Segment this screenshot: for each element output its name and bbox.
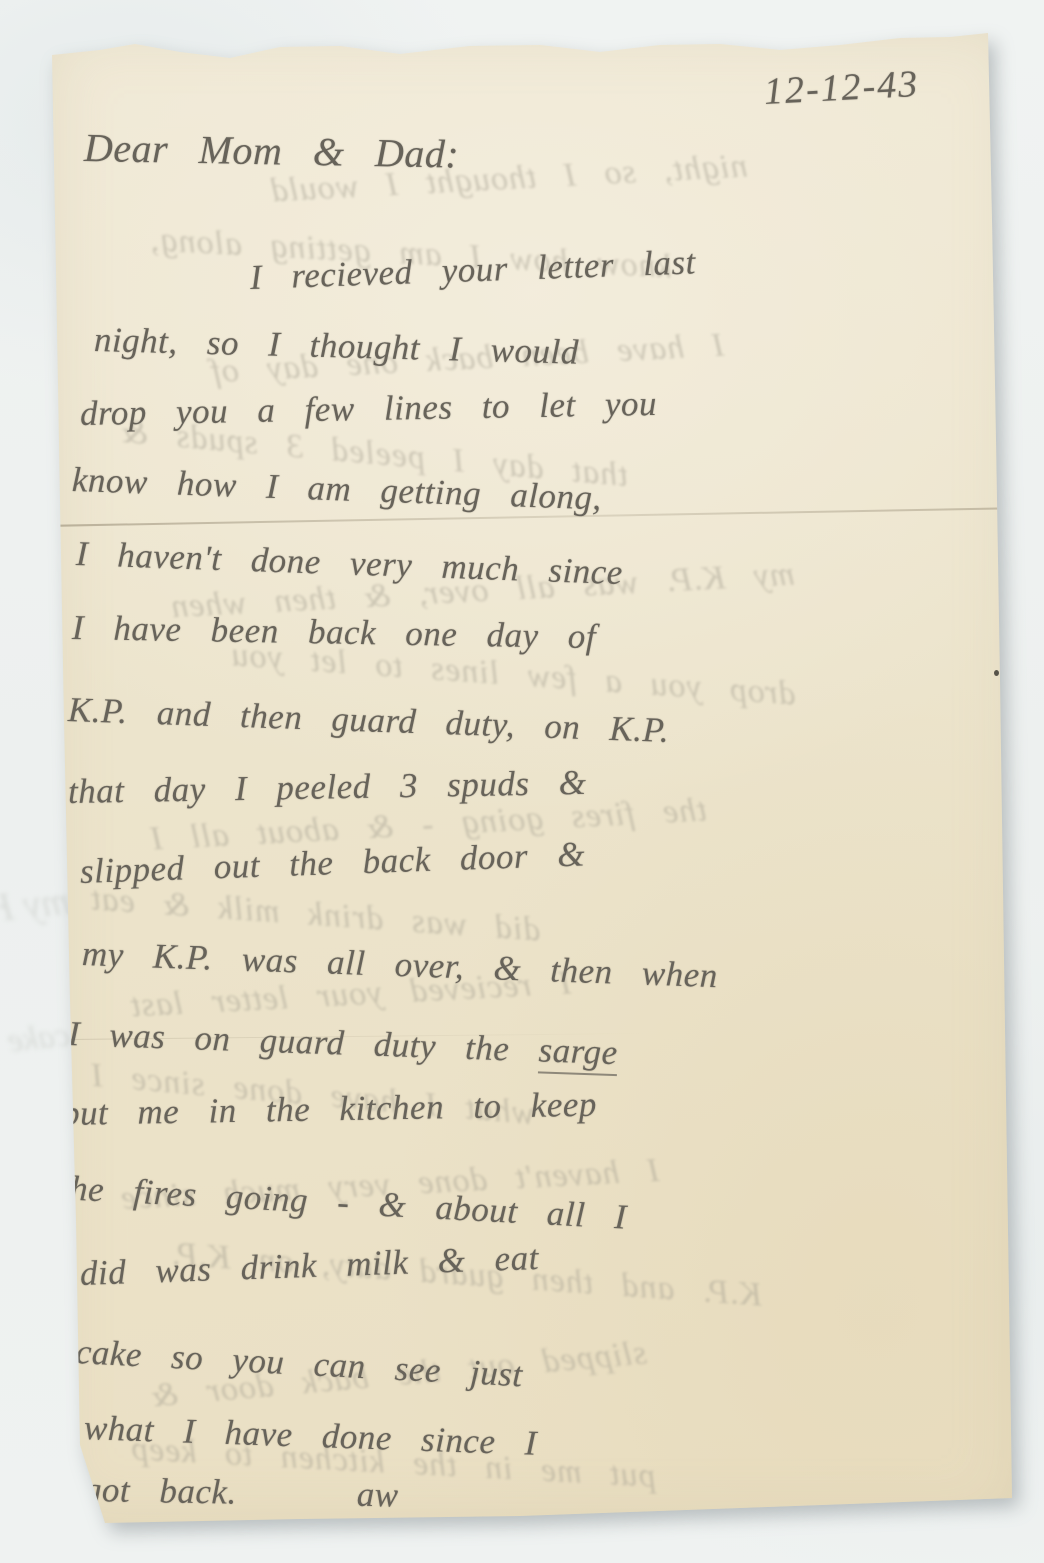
letter-paper-wrapper: night, so I thought I would know how I a… — [40, 20, 1025, 1532]
letter-date: 12-12-43 — [763, 62, 920, 114]
letter-line: I haven't done very much since — [75, 534, 623, 593]
letter-line: slipped out the back door & — [79, 834, 585, 892]
letter-line: drop you a few lines to let you — [80, 384, 658, 434]
letter-salutation: Dear Mom & Dad: — [84, 124, 460, 178]
scanned-letter-page: { "letter": { "date": "12-12-43", "salut… — [0, 0, 1044, 1563]
letter-line: I have been back one day of — [72, 608, 597, 657]
letter-line: my K.P. was all over, & then when — [81, 934, 718, 996]
letter-line: did was drink milk & eat — [79, 1238, 539, 1294]
underlined-word: sarge — [538, 1030, 618, 1076]
letter-line: I was on guard duty the sarge — [67, 1014, 618, 1073]
letter-line-tail: aw — [356, 1475, 399, 1515]
letter-line-text: I was on guard duty the — [67, 1014, 539, 1069]
handwriting-layer: 12-12-43 Dear Mom & Dad: I recieved your… — [40, 20, 1025, 1532]
letter-line: the fires going - & about all I — [59, 1168, 628, 1238]
letter-line: night, so I thought I would — [93, 320, 579, 373]
letter-line: I recieved your letter last — [249, 242, 696, 298]
letter-line: that day I peeled 3 spuds & — [68, 763, 587, 812]
letter-paper: night, so I thought I would know how I a… — [40, 20, 1025, 1532]
letter-line: got back.aw — [84, 1470, 399, 1515]
letter-line: K.P. and then guard duty, on K.P. — [67, 690, 670, 751]
letter-line-text: got back. — [84, 1470, 237, 1512]
letter-line: put me in the kitchen to keep — [62, 1085, 598, 1134]
letter-line: what I have done since I — [83, 1408, 537, 1464]
letter-line: cake so you can see just — [75, 1332, 524, 1395]
letter-line: know how I am getting along, — [71, 460, 602, 518]
